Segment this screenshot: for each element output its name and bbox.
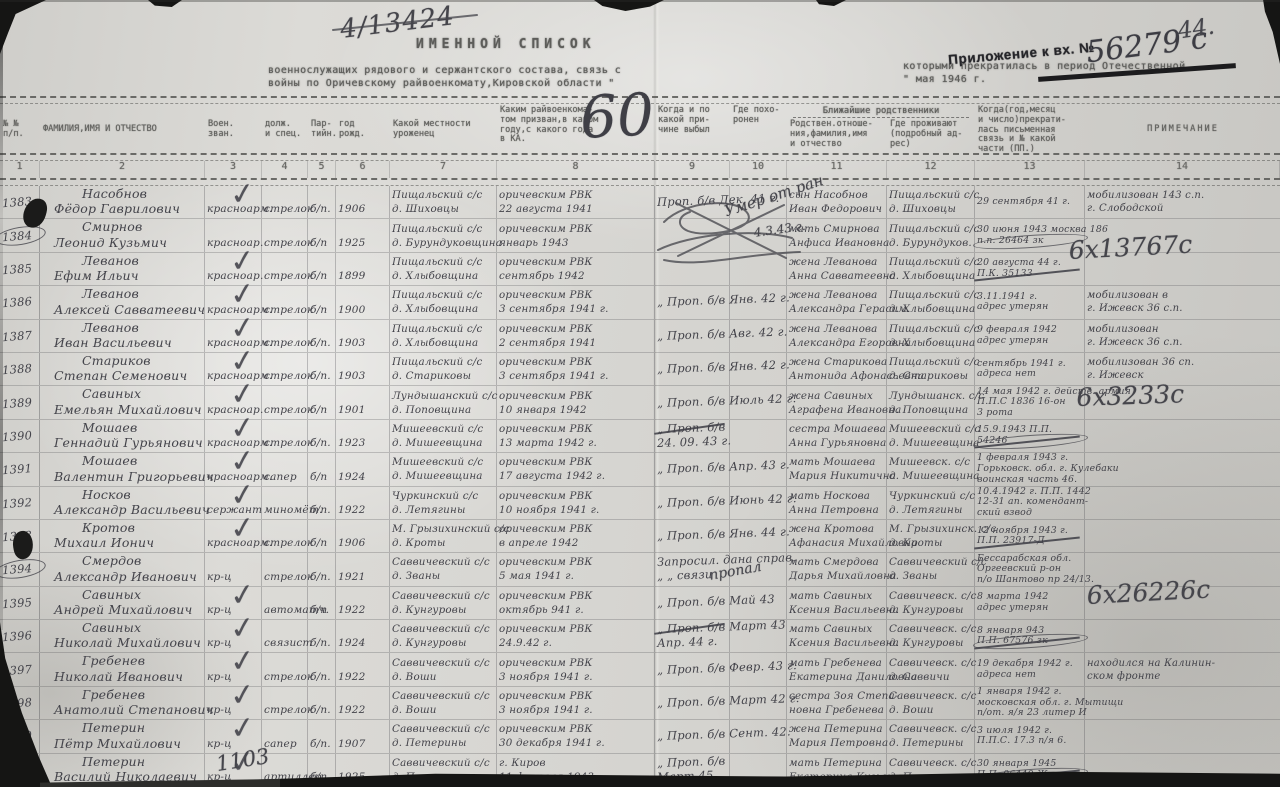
torn-edge (0, 40, 3, 630)
scanned-document: ИМЕННОЙ СПИСОК военнослужащих рядового и… (0, 0, 1280, 787)
document-title: ИМЕННОЙ СПИСОК (416, 37, 596, 52)
torn-edge (0, 0, 1280, 2)
pencil-mark-60: 60 (578, 80, 655, 152)
page-number: 44. (1176, 14, 1216, 45)
document-subtitle-left: военнослужащих рядового и сержантского с… (268, 64, 621, 90)
